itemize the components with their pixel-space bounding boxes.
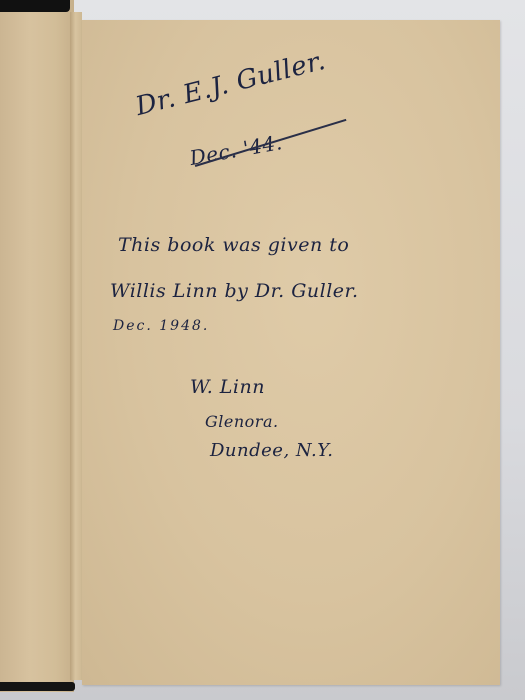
page-gutter: [70, 12, 82, 680]
inscription-body-line1: This book was given to: [118, 234, 349, 256]
book-spine-edge: [0, 0, 74, 692]
signature-name: W. Linn: [190, 376, 265, 398]
inscription-body-line3: Dec. 1948.: [113, 318, 209, 334]
signature-town: Dundee, N.Y.: [210, 440, 334, 461]
inscription-body-line2: Willis Linn by Dr. Guller.: [110, 280, 359, 302]
signature-place: Glenora.: [205, 412, 279, 431]
binding-cloth-bottom: [0, 682, 75, 691]
binding-cloth-top: [0, 0, 70, 12]
